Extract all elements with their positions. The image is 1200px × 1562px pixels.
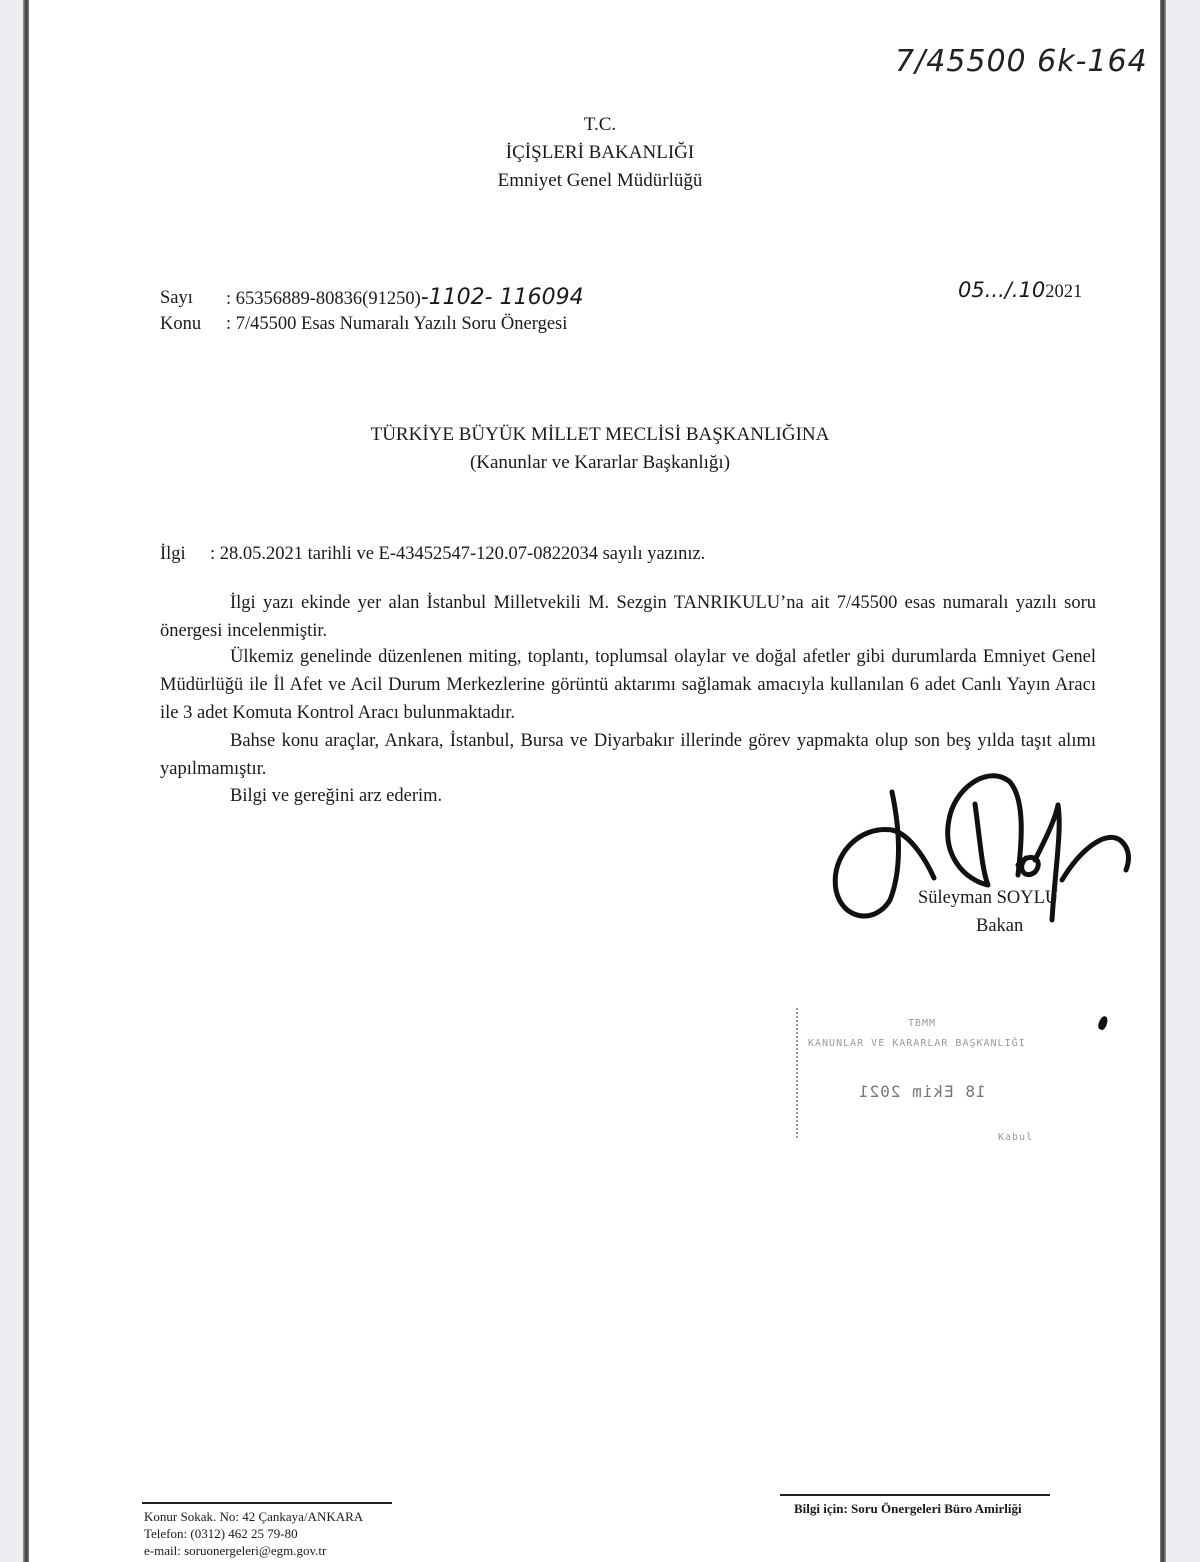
page-edge-left [23,0,29,1562]
konu-label: Konu [160,310,201,338]
signatory-title: Bakan [976,912,1023,940]
footer-rule-right [780,1494,1050,1496]
page-edge-right [1160,0,1166,1562]
footer-email: e-mail: soruonergeleri@egm.gov.tr [144,1542,326,1559]
addressee-subtitle: (Kanunlar ve Kararlar Başkanlığı) [0,452,1200,474]
handwritten-reference: 7/45500 6k-164 [895,44,1148,79]
footer-address: Konur Sokak. No: 42 Çankaya/ANKARA [144,1508,363,1525]
stamp-line-3: Kabul [998,1132,1033,1143]
letterhead-tc: T.C. [0,114,1200,136]
signatory-name: Süleyman SOYLU [918,884,1058,912]
footer-rule-left [142,1502,392,1504]
document-date: 05.../.102021 [958,276,1082,306]
receipt-stamp: TBMM KANUNLAR VE KARARLAR BAŞKANLIĞI 18 … [796,1008,1058,1138]
paragraph-1: İlgi yazı ekinde yer alan İstanbul Mille… [160,589,1096,645]
date-year: 2021 [1045,282,1082,302]
ilgi-value: : 28.05.2021 tarihli ve E-43452547-120.0… [210,540,705,568]
sayi-handwritten: -1102- 116094 [421,285,584,310]
addressee-title: TÜRKİYE BÜYÜK MİLLET MECLİSİ BAŞKANLIĞIN… [0,424,1200,446]
konu-value: : 7/45500 Esas Numaralı Yazılı Soru Öner… [226,310,567,338]
stamp-line-2: KANUNLAR VE KARARLAR BAŞKANLIĞI [808,1038,1026,1049]
sayi-row: : 65356889-80836(91250)-1102- 116094 [226,284,584,313]
stamp-date: 18 Ekim 2021 [858,1082,986,1101]
footer-info: Bilgi için: Soru Önergeleri Büro Amirliğ… [794,1500,1022,1517]
footer-phone: Telefon: (0312) 462 25 79-80 [144,1525,298,1542]
stamp-line-1: TBMM [908,1018,936,1029]
ilgi-label: İlgi [160,540,186,568]
paragraph-2: Ülkemiz genelinde düzenlenen miting, top… [160,643,1096,727]
sayi-value: : 65356889-80836(91250) [226,289,421,309]
letterhead-ministry: İÇİŞLERİ BAKANLIĞI [0,142,1200,164]
sayi-label: Sayı [160,284,193,312]
letterhead-directorate: Emniyet Genel Müdürlüğü [0,170,1200,192]
date-handwritten: 05.../.10 [958,278,1045,302]
